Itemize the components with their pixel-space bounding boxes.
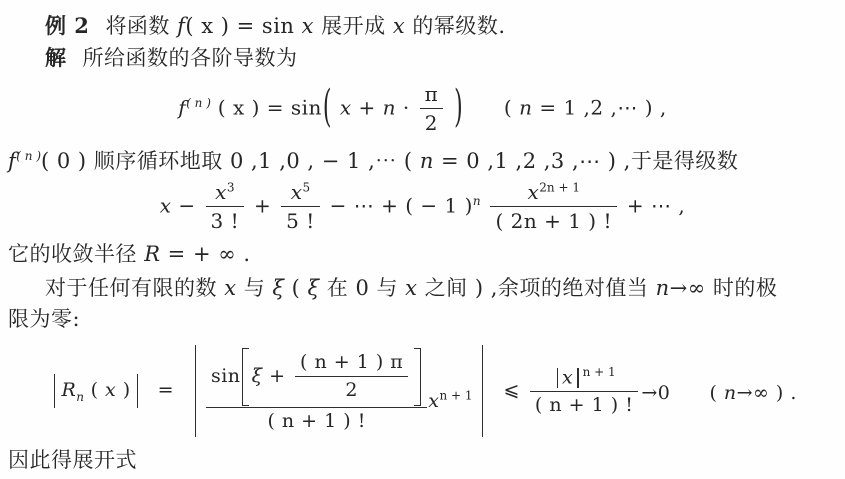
abs-bar-tall	[482, 345, 483, 437]
big-fraction: sinξ + ( n + 1 ) π2( n + 1 ) !	[206, 348, 427, 434]
superscript-n: n	[473, 194, 481, 208]
solution-label: 解	[45, 45, 67, 70]
math-var-xi: ξ	[272, 276, 284, 300]
math-text: = 1 ,2 ,⋯ ) ,	[532, 96, 666, 120]
denominator: ( 2n + 1 ) !	[490, 206, 617, 234]
math-var-x: x	[160, 194, 172, 218]
left-paren: (	[322, 87, 333, 131]
text-run: = 0 ,1 ,2 ,3 ,⋯ ) ,于是得级数	[434, 149, 739, 173]
remainder-estimate-formula: Rn ( x ) = sinξ + ( n + 1 ) π2( n + 1 ) …	[8, 345, 837, 437]
denominator: 5 !	[281, 206, 320, 234]
numerator: sinξ + ( n + 1 ) π2	[206, 348, 427, 407]
example-label: 例 2	[45, 13, 89, 38]
inner-fraction: ( n + 1 ) π2	[295, 351, 408, 403]
numerator: xn + 1	[530, 365, 638, 391]
math-var-n: n	[724, 382, 737, 404]
math-var-n: n	[383, 96, 396, 120]
limit-arrow: →0	[641, 382, 670, 404]
math-var-x: x	[302, 14, 314, 38]
denominator: ( n + 1 ) !	[530, 391, 638, 418]
math-var-R: R	[144, 242, 160, 266]
superscript-2n1: 2n + 1	[539, 180, 580, 194]
text-run: 展开成	[314, 14, 393, 38]
math-var-x: x	[291, 180, 303, 204]
math-var-xi: ξ	[308, 276, 320, 300]
superscript-3: 3	[227, 180, 235, 194]
denominator: 2	[420, 108, 444, 136]
remainder-paragraph-line2: 限为零:	[8, 304, 837, 335]
fraction-pi-over-2: π2	[420, 82, 444, 136]
fraction-x3-over-3fact: x33 !	[206, 180, 245, 234]
abs-bar-tall	[195, 345, 196, 437]
denominator: 2	[295, 376, 408, 403]
math-text: ( x ) = sin	[218, 96, 322, 120]
text-run: →∞ 时的极	[670, 276, 778, 300]
math-text: (	[91, 379, 105, 401]
sin-label: sin	[211, 365, 241, 387]
math-var-n: n	[519, 96, 532, 120]
denominator: ( n + 1 ) !	[206, 407, 427, 434]
math-var-x: x	[562, 366, 573, 388]
math-text: ·	[396, 96, 417, 120]
text-run: 它的收敛半径	[8, 242, 144, 266]
math-var-R: R	[61, 379, 76, 401]
equals-sign: =	[158, 379, 174, 401]
text-run: ( 0 ) 顺序循环地取 0 ,1 ,0 , − 1 ,⋯ (	[41, 149, 420, 173]
math-text: + ⋯ ,	[627, 194, 685, 218]
math-var-n: n	[420, 149, 434, 173]
power-series-formula: x − x33 ! + x55 ! − ⋯ + ( − 1 )n x2n + 1…	[8, 180, 837, 234]
left-bracket	[242, 348, 249, 406]
math-var-x: x	[105, 379, 116, 401]
math-var-x: x	[393, 14, 405, 38]
math-text: −	[172, 194, 203, 218]
math-text: +	[263, 365, 293, 387]
text-run: = + ∞ .	[161, 242, 251, 266]
math-text: →∞ ) .	[737, 382, 797, 404]
right-bracket	[414, 348, 421, 406]
remainder-paragraph-line1: 对于任何有限的数 x 与 ξ ( ξ 在 0 与 x 之间 ) ,余项的绝对值当…	[8, 273, 837, 304]
superscript-n1: n + 1	[440, 389, 473, 403]
x-power-term: xn + 1	[428, 390, 472, 412]
text-run: 的幂级数.	[405, 14, 505, 38]
text-run: 在 0 与	[320, 276, 406, 300]
text-run: 因此得展开式	[8, 448, 137, 472]
abs-bar	[137, 374, 138, 408]
text-run: ( x ) = sin	[185, 14, 301, 38]
bound-fraction: xn + 1( n + 1 ) !	[530, 365, 638, 418]
right-paren: )	[453, 87, 464, 131]
math-var-x: x	[215, 180, 227, 204]
math-text: − ⋯ + ( − 1 )	[330, 194, 473, 218]
radius-line: 它的收敛半径 R = + ∞ .	[8, 239, 837, 270]
subscript-n: n	[76, 390, 84, 404]
math-var-x: x	[224, 276, 236, 300]
cycle-values-line: f( n )( 0 ) 顺序循环地取 0 ,1 ,0 , − 1 ,⋯ ( n …	[8, 141, 837, 177]
math-text: (	[709, 382, 723, 404]
text-run: 与	[237, 276, 273, 300]
text-run: 限为零:	[8, 307, 80, 331]
math-var-x: x	[528, 180, 540, 204]
math-text: +	[352, 96, 383, 120]
example-heading: 例 2将函数 f( x ) = sin x 展开成 x 的幂级数.	[8, 10, 837, 42]
text-run: (	[284, 276, 307, 300]
superscript-5: 5	[303, 180, 311, 194]
math-text: +	[254, 194, 278, 218]
fraction-general-term: x2n + 1( 2n + 1 ) !	[490, 180, 617, 234]
textbook-page: 例 2将函数 f( x ) = sin x 展开成 x 的幂级数. 解所给函数的…	[0, 0, 845, 479]
superscript-n1: n + 1	[583, 365, 616, 379]
text-run: 对于任何有限的数	[45, 276, 224, 300]
math-var-n: n	[656, 276, 670, 300]
math-text: (	[504, 96, 519, 120]
math-var-x: x	[405, 276, 417, 300]
derivative-formula: f( n ) ( x ) = sin( x + n · π2 ) ( n = 1…	[8, 82, 837, 136]
numerator: x2n + 1	[490, 180, 617, 206]
denominator: 3 !	[206, 206, 245, 234]
abs-bar	[54, 374, 55, 408]
numerator: ( n + 1 ) π	[295, 351, 408, 376]
conclusion-line: 因此得展开式	[8, 445, 837, 476]
superscript-n: ( n )	[16, 149, 41, 163]
text-run: 所给函数的各阶导数为	[83, 46, 298, 70]
numerator: x5	[281, 180, 320, 206]
text-run: 将函数	[105, 14, 177, 38]
math-var-f: f	[178, 96, 186, 120]
math-var-xi: ξ	[252, 365, 263, 387]
superscript-n: ( n )	[186, 96, 211, 110]
math-var-x: x	[340, 96, 352, 120]
math-text: )	[116, 379, 130, 401]
numerator: x3	[206, 180, 245, 206]
text-run: 之间 ) ,余项的绝对值当	[418, 276, 656, 300]
numerator: π	[420, 82, 444, 108]
solution-heading: 解所给函数的各阶导数为	[8, 42, 837, 74]
abs-bar-small	[577, 368, 578, 388]
leq-sign: ⩽	[504, 379, 520, 401]
abs-bar-small	[557, 368, 558, 388]
fraction-x5-over-5fact: x55 !	[281, 180, 320, 234]
math-var-x: x	[428, 390, 439, 412]
